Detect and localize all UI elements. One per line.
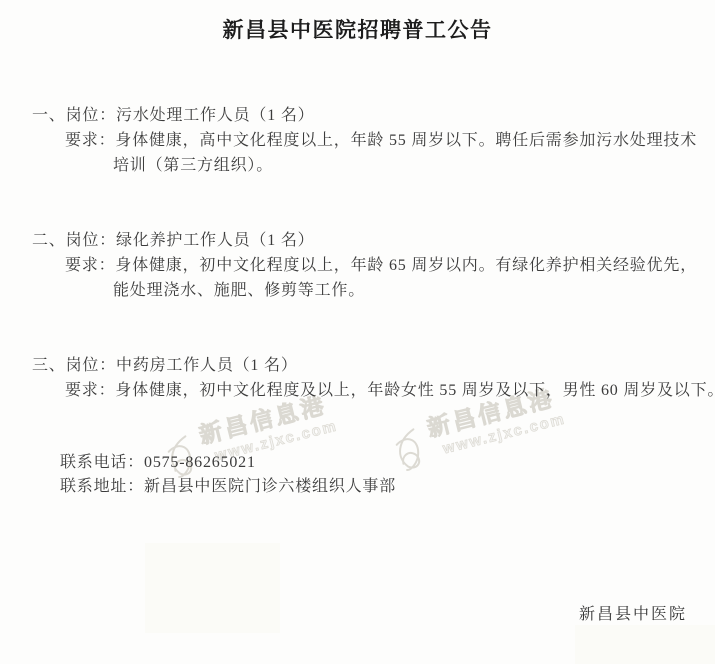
job-position-line: 二、岗位：绿化养护工作人员（1 名）: [32, 228, 707, 253]
job-section-greening: 二、岗位：绿化养护工作人员（1 名） 要求：身体健康，初中文化程度以上，年龄 6…: [32, 228, 707, 303]
position-label: 岗位：: [66, 357, 116, 374]
page-title: 新昌县中医院招聘普工公告: [0, 14, 715, 44]
job-position-line: 三、岗位：中药房工作人员（1 名）: [32, 353, 707, 378]
position-label: 岗位：: [66, 232, 116, 249]
signature: 新昌县中医院: [579, 601, 687, 624]
requirement-label: 要求：: [65, 132, 115, 149]
requirement-text: 身体健康，初中文化程度及以上，年龄女性 55 周岁及以下，男性 60 周岁及以下…: [115, 382, 715, 399]
position-value: 绿化养护工作人员（1 名）: [116, 232, 314, 249]
contact-phone-line: 联系电话：0575-86265021: [60, 451, 396, 475]
address-label: 联系地址：: [60, 478, 144, 495]
job-section-sewage: 一、岗位：污水处理工作人员（1 名） 要求：身体健康，高中文化程度以上，年龄 5…: [32, 103, 707, 178]
announcement-document: 新昌县中医院招聘普工公告 新昌信息港 www.zjxc.com 新昌信息港 ww…: [0, 0, 715, 664]
requirement-label: 要求：: [65, 257, 115, 274]
scan-artifact: [575, 625, 715, 664]
job-requirement-continuation: 培训（第三方组织）。: [113, 153, 707, 178]
job-index: 一、: [32, 107, 66, 124]
position-value: 中药房工作人员（1 名）: [116, 357, 298, 374]
requirement-text: 身体健康，高中文化程度以上，年龄 55 周岁以下。聘任后需参加污水处理技术: [115, 132, 697, 149]
scan-artifact: [145, 543, 280, 633]
job-position-line: 一、岗位：污水处理工作人员（1 名）: [32, 103, 707, 128]
job-requirement-line: 要求：身体健康，初中文化程度以上，年龄 65 周岁以内。有绿化养护相关经验优先，: [65, 253, 707, 278]
job-index: 三、: [32, 357, 66, 374]
job-index: 二、: [32, 232, 66, 249]
phone-number: 0575-86265021: [144, 454, 256, 471]
contact-block: 联系电话：0575-86265021 联系地址：新昌县中医院门诊六楼组织人事部: [60, 451, 396, 499]
phone-label: 联系电话：: [60, 454, 144, 471]
job-section-pharmacy: 三、岗位：中药房工作人员（1 名） 要求：身体健康，初中文化程度及以上，年龄女性…: [32, 353, 707, 403]
job-requirement-line: 要求：身体健康，初中文化程度及以上，年龄女性 55 周岁及以下，男性 60 周岁…: [65, 378, 707, 403]
address-value: 新昌县中医院门诊六楼组织人事部: [144, 478, 396, 495]
requirement-label: 要求：: [65, 382, 115, 399]
requirement-text: 身体健康，初中文化程度以上，年龄 65 周岁以内。有绿化养护相关经验优先，: [115, 257, 697, 274]
position-label: 岗位：: [66, 107, 116, 124]
job-requirement-continuation: 能处理浇水、施肥、修剪等工作。: [113, 278, 707, 303]
position-value: 污水处理工作人员（1 名）: [116, 107, 314, 124]
contact-address-line: 联系地址：新昌县中医院门诊六楼组织人事部: [60, 475, 396, 499]
job-requirement-line: 要求：身体健康，高中文化程度以上，年龄 55 周岁以下。聘任后需参加污水处理技术: [65, 128, 707, 153]
watermark-site-url: www.zjxc.com: [441, 410, 567, 457]
